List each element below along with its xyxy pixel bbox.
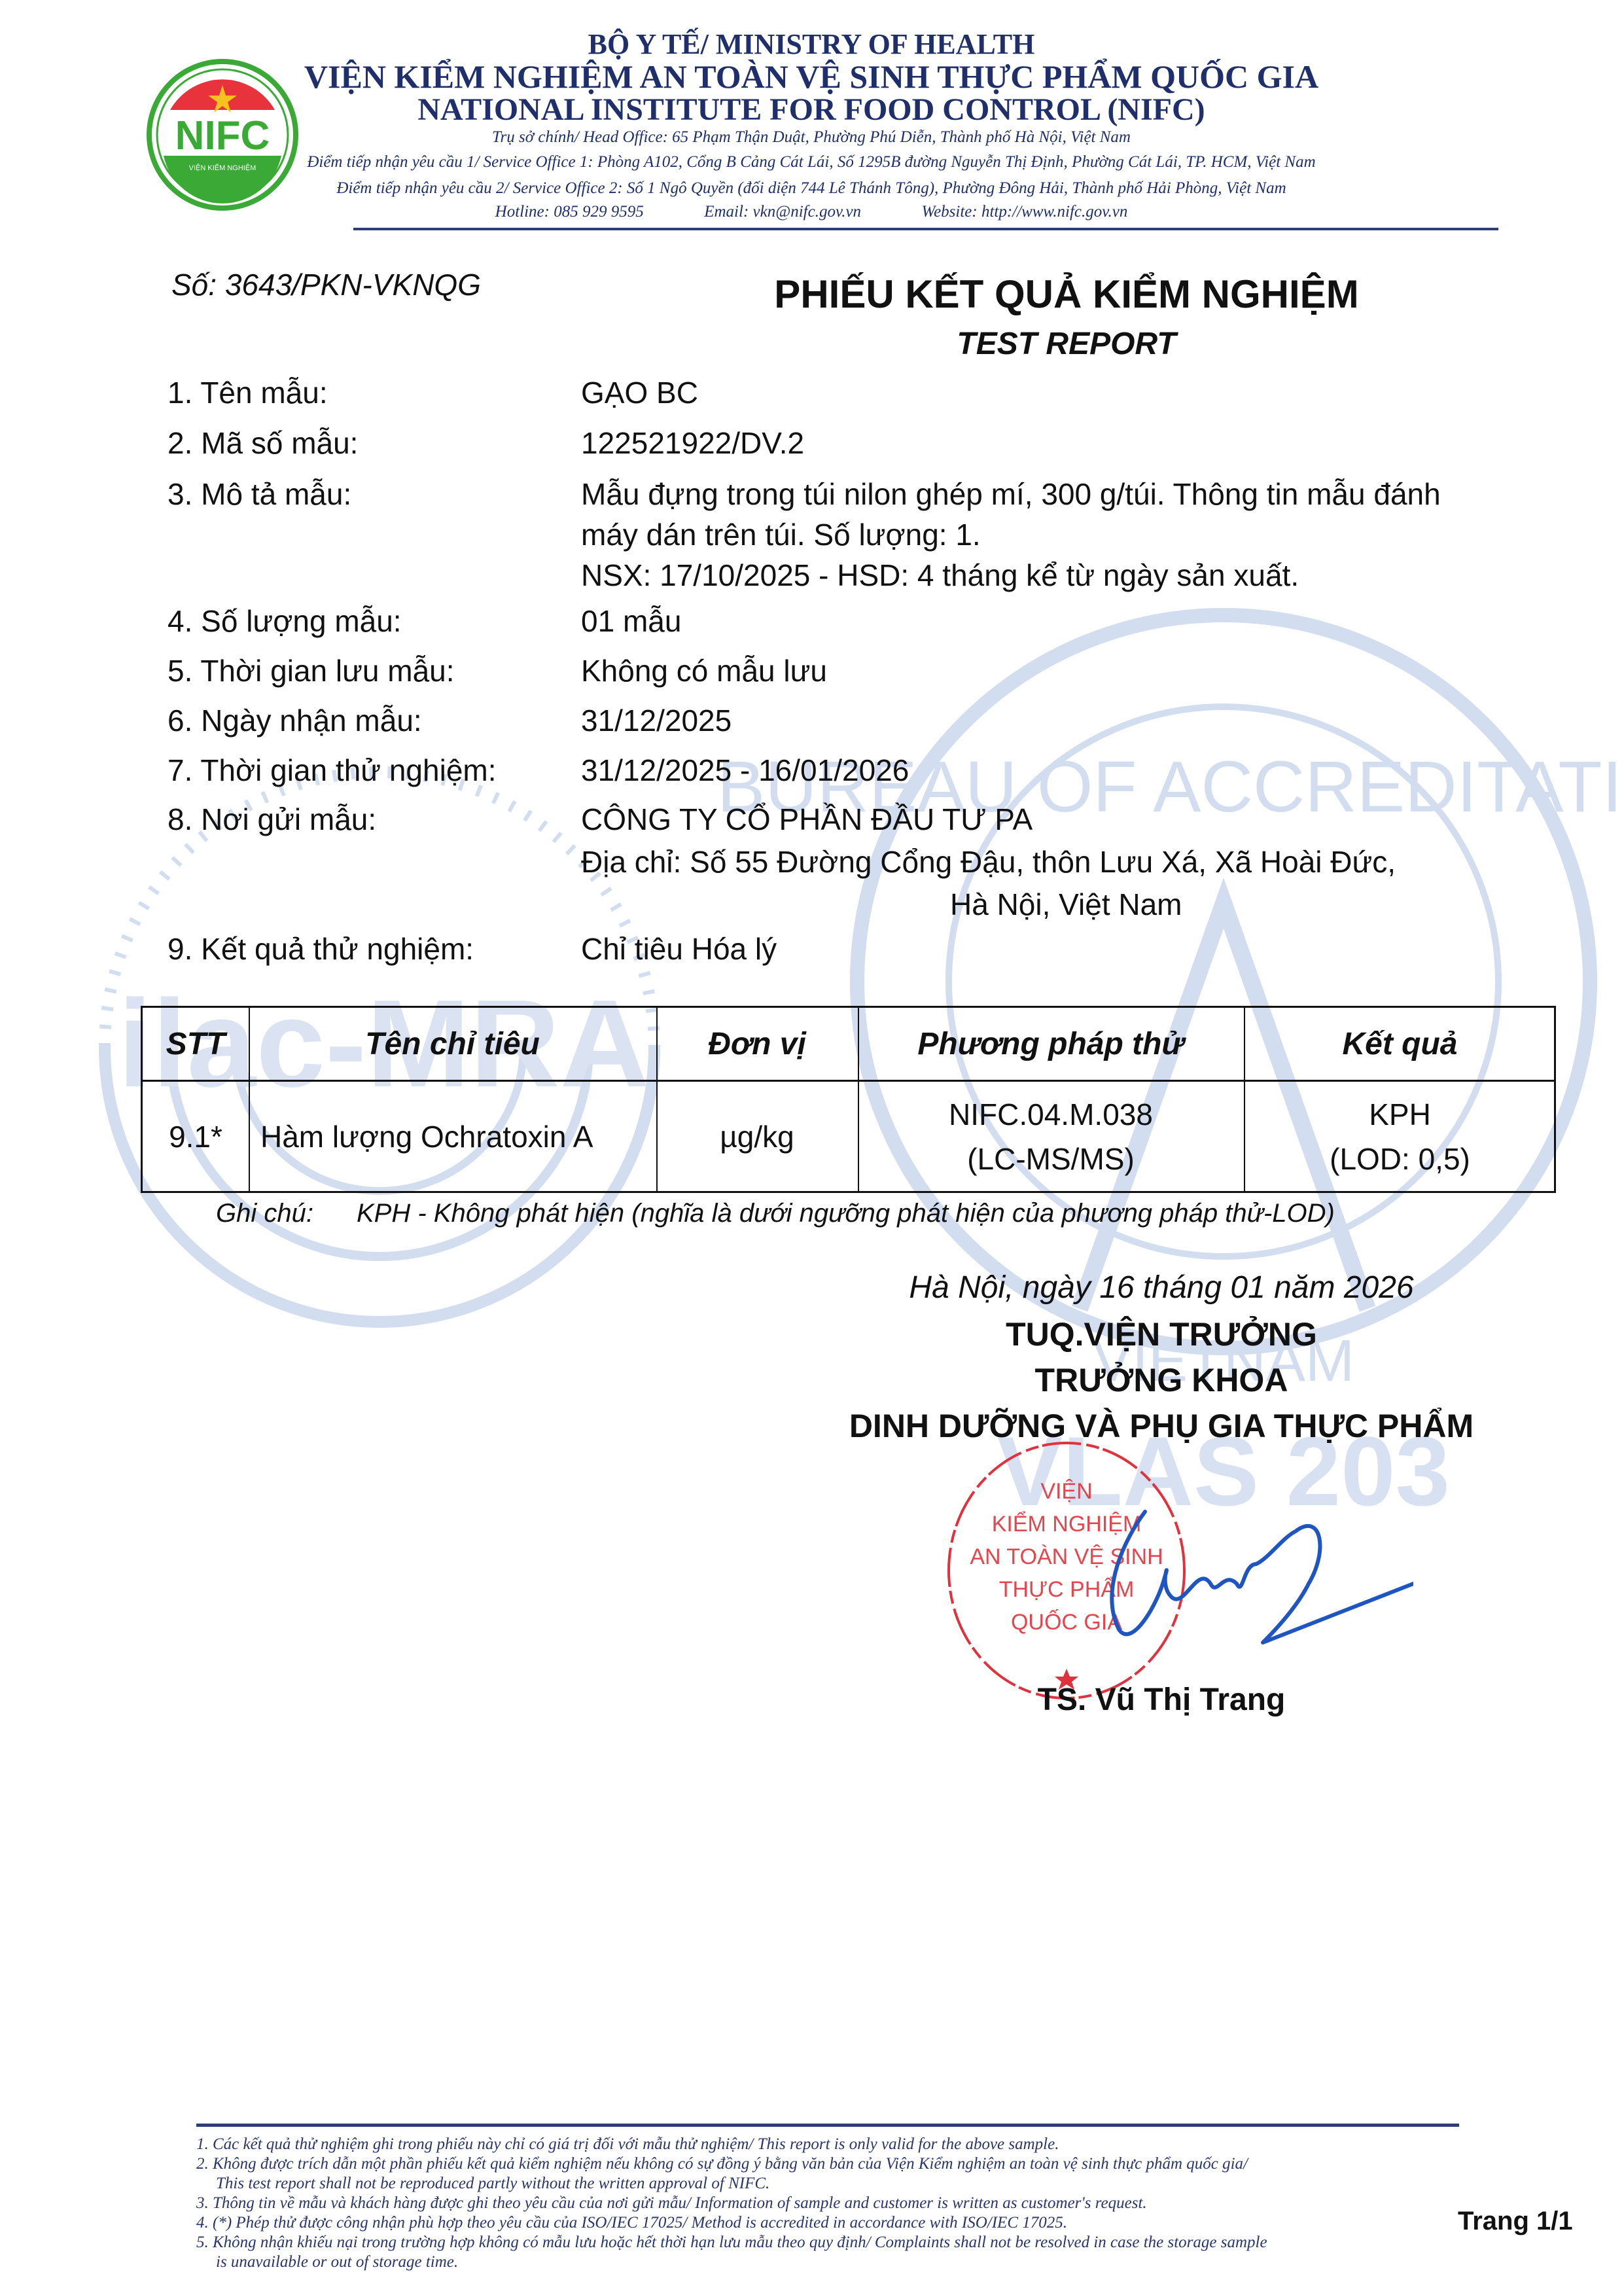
cell-name: Hàm lượng Ochratoxin A [249,1082,656,1191]
cell-result: KPH (LOD: 0,5) [1244,1082,1556,1191]
signature-date: Hà Nội, ngày 16 tháng 01 năm 2026 [818,1270,1505,1306]
head-office: Trụ sở chính/ Head Office: 65 Phạm Thận … [157,128,1466,147]
page-subtitle: TEST REPORT [687,326,1446,362]
footer-notes: 1. Các kết quả thử nghiệm ghi trong phiế… [196,2135,1472,2272]
contact-line: Hotline: 085 929 9595 Email: vkn@nifc.go… [157,203,1466,221]
column-header-method: Phương pháp thử [858,1008,1244,1080]
footer-note: 4. (*) Phép thử được công nhận phù hợp t… [196,2213,1472,2233]
column-header-name: Tên chỉ tiêu [249,1008,656,1080]
info-label: 4. Số lượng mẫu: [168,603,402,639]
info-value: Mẫu đựng trong túi nilon ghép mí, 300 g/… [581,476,1441,512]
page-title: PHIẾU KẾT QUẢ KIỂM NGHIỆM [687,272,1446,317]
info-label: 7. Thời gian thử nghiệm: [168,753,497,788]
website-link[interactable]: Website: http://www.nifc.gov.vn [922,203,1128,221]
info-value: 31/12/2025 [581,703,732,738]
footer-note: 3. Thông tin về mẫu và khách hàng được g… [196,2194,1472,2213]
info-value: CÔNG TY CỔ PHẦN ĐẦU TƯ PA [581,802,1033,837]
service-office-1: Điểm tiếp nhận yêu cầu 1/ Service Office… [157,153,1466,171]
signature-title-1: TUQ.VIỆN TRƯỞNG [818,1315,1505,1353]
cell-unit: µg/kg [656,1082,858,1191]
info-label: 1. Tên mẫu: [168,375,328,410]
info-value: máy dán trên túi. Số lượng: 1. [581,517,981,552]
service-office-2: Điểm tiếp nhận yêu cầu 2/ Service Office… [157,179,1466,198]
column-header-stt: STT [143,1008,249,1080]
cell-stt: 9.1* [143,1082,249,1191]
info-value: Địa chỉ: Số 55 Đường Cổng Đậu, thôn Lưu … [581,844,1396,880]
document-number: Số: 3643/PKN-VKNQG [171,267,481,302]
column-header-result: Kết quả [1244,1008,1556,1080]
info-label: 2. Mã số mẫu: [168,425,358,461]
footer-divider [196,2124,1459,2127]
footer-note: 5. Không nhận khiếu nại trong trường hợp… [196,2233,1472,2252]
footer-note: 2. Không được trích dẫn một phần phiếu k… [196,2154,1472,2174]
signature-title-2: TRƯỞNG KHOA [818,1361,1505,1399]
info-value: Không có mẫu lưu [581,653,827,688]
footer-note: is unavailable or out of storage time. [196,2252,1472,2272]
handwritten-signature [1047,1486,1413,1656]
institute-name-en: NATIONAL INSTITUTE FOR FOOD CONTROL (NIF… [157,92,1466,128]
info-value: 31/12/2025 - 16/01/2026 [581,753,909,788]
info-value: NSX: 17/10/2025 - HSD: 4 tháng kể từ ngà… [581,558,1299,593]
header-divider [353,228,1498,230]
email-link[interactable]: Email: vkn@nifc.gov.vn [704,203,861,221]
info-value: Chỉ tiêu Hóa lý [581,931,777,967]
results-table: STT Tên chỉ tiêu Đơn vị Phương pháp thử … [141,1006,1556,1193]
info-label: 8. Nơi gửi mẫu: [168,802,376,837]
info-label: 3. Mô tả mẫu: [168,476,351,512]
info-label: 6. Ngày nhận mẫu: [168,703,422,738]
footer-note: 1. Các kết quả thử nghiệm ghi trong phiế… [196,2135,1472,2154]
note-text: KPH - Không phát hiện (nghĩa là dưới ngư… [357,1199,1335,1228]
info-value: 122521922/DV.2 [581,425,804,461]
institute-name-vn: VIỆN KIỂM NGHIỆM AN TOÀN VỆ SINH THỰC PH… [157,58,1466,96]
info-value: Hà Nội, Việt Nam [950,887,1182,922]
cell-method: NIFC.04.M.038 (LC-MS/MS) [858,1082,1244,1191]
info-label: 5. Thời gian lưu mẫu: [168,653,455,688]
signer-name: TS. Vũ Thị Trang [818,1682,1505,1718]
note-label: Ghi chú: [216,1199,313,1228]
footer-note: This test report shall not be reproduced… [196,2174,1472,2194]
info-value: 01 mẫu [581,603,681,639]
page-number: Trang 1/1 [1458,2207,1573,2236]
hotline: Hotline: 085 929 9595 [495,203,644,221]
ministry-name: BỘ Y TẾ/ MINISTRY OF HEALTH [157,27,1466,61]
info-label: 9. Kết quả thử nghiệm: [168,931,474,967]
column-header-unit: Đơn vị [656,1008,858,1080]
info-value: GẠO BC [581,375,698,410]
